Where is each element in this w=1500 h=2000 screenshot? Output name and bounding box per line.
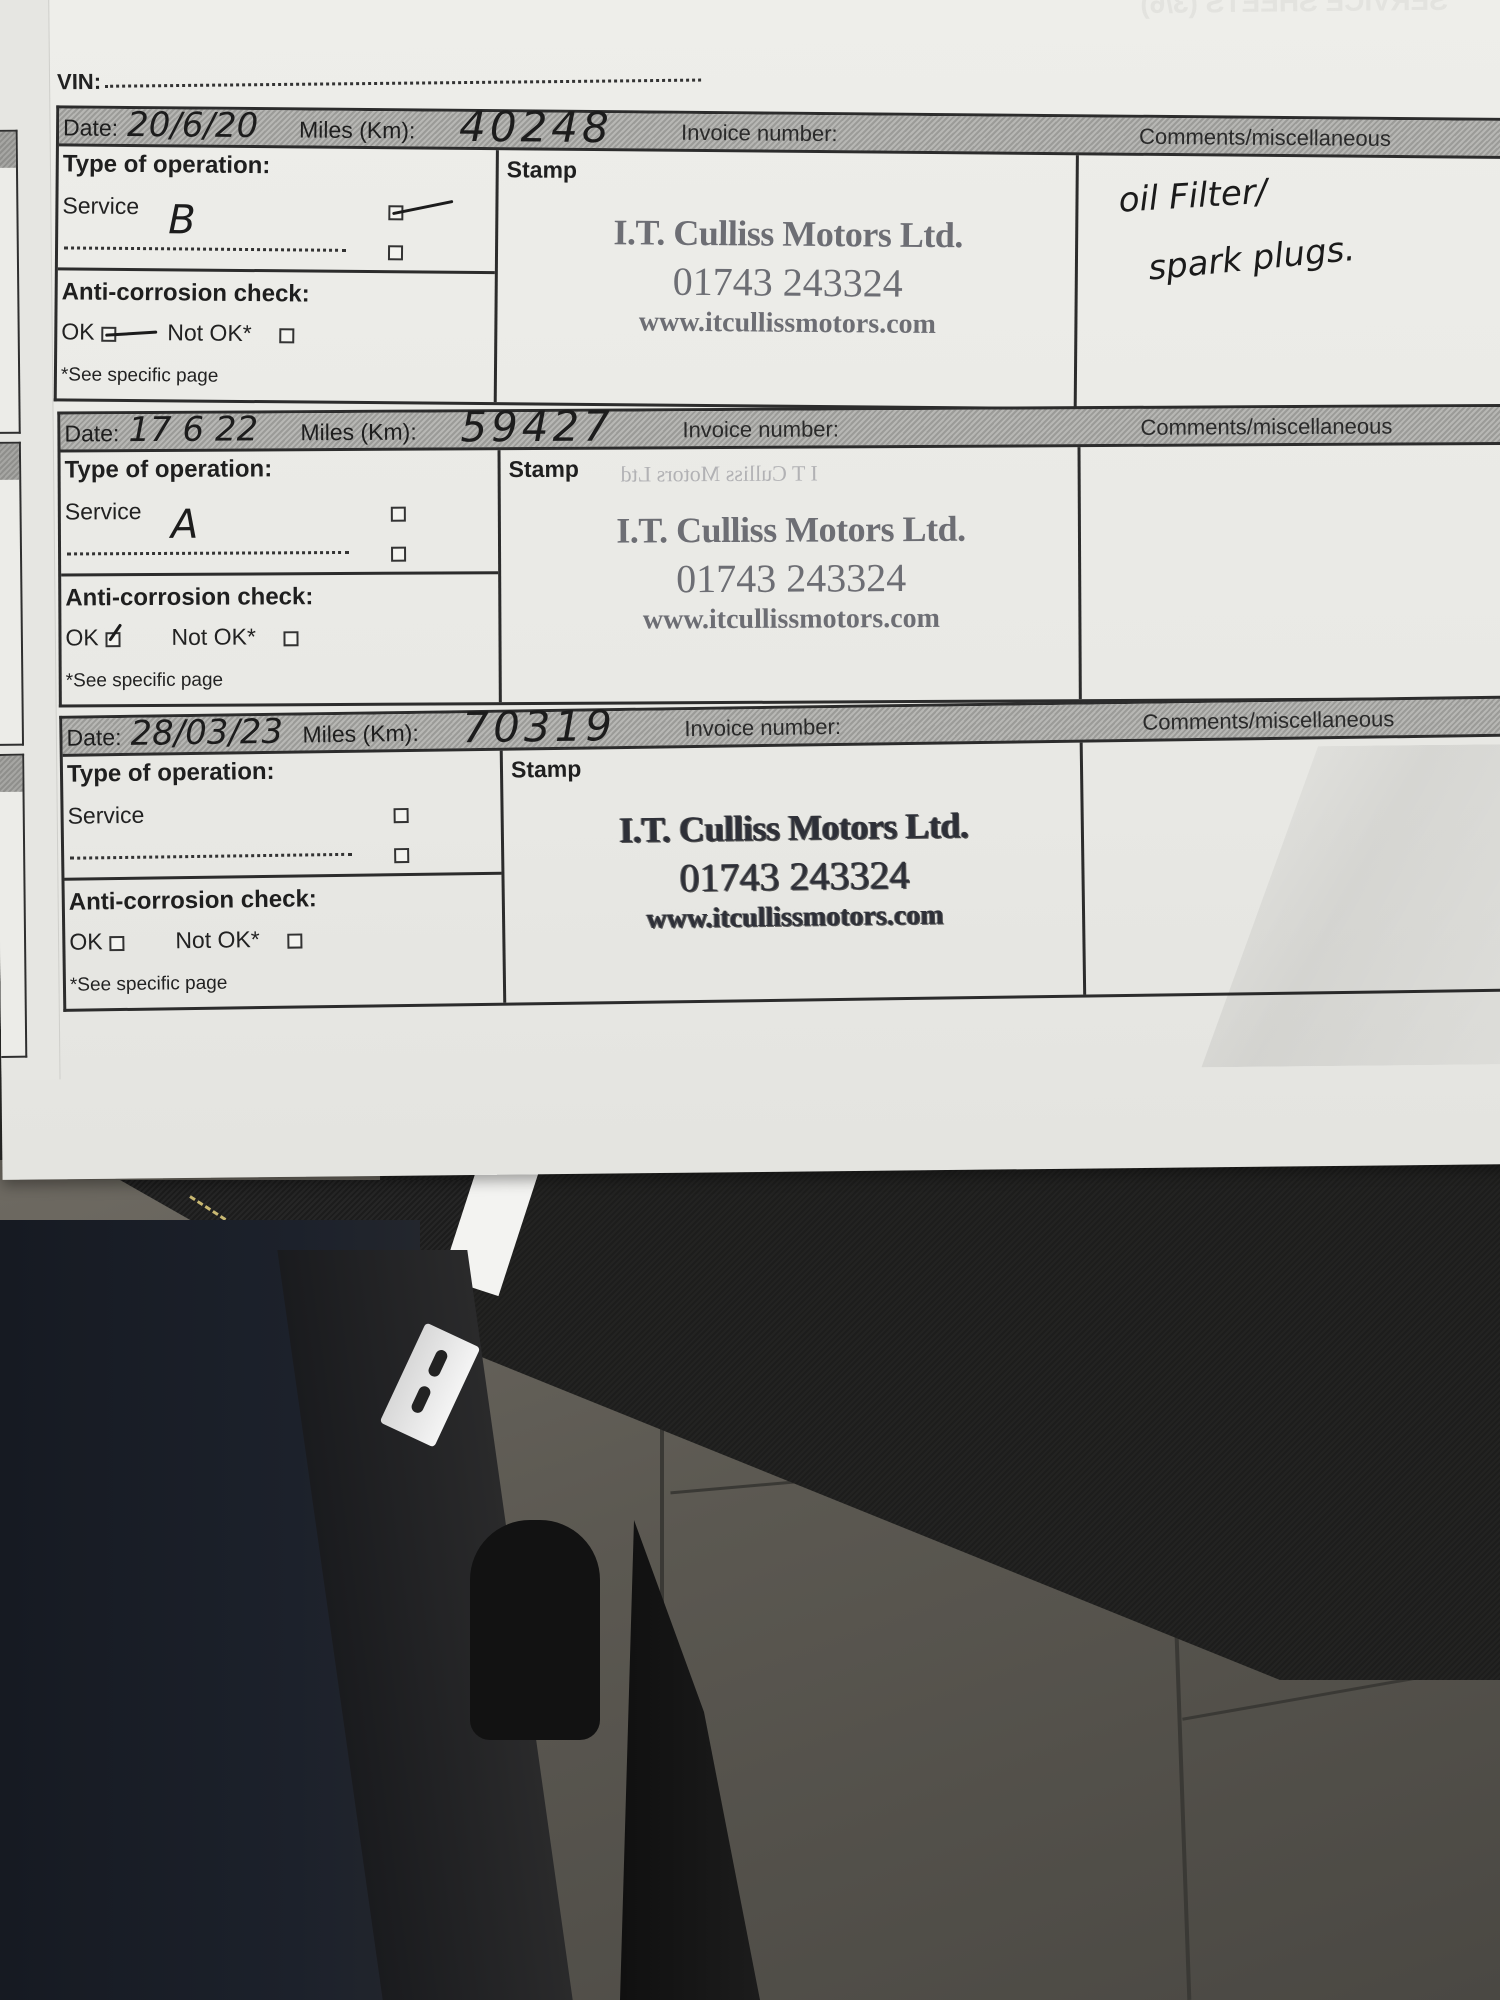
facing-page-record [0, 130, 21, 434]
date-value[interactable]: 17 6 22 [128, 409, 258, 450]
date-value[interactable]: 28/03/23 [130, 712, 283, 754]
type-of-operation-section: Type of operation: Service [63, 751, 502, 881]
dealer-website: www.itcullissmotors.com [565, 898, 1025, 936]
type-of-operation-label: Type of operation: [63, 150, 271, 180]
ok-label: OK [65, 624, 98, 651]
service-checkbox[interactable] [394, 808, 409, 823]
dealer-phone: 01743 243324 [561, 553, 1021, 602]
stamp-column: Stamp I T Culliss Motors Ltd I.T. Cullis… [501, 447, 1082, 702]
type-of-operation-section: Type of operation: Service B [58, 146, 496, 274]
dealer-website: www.itcullissmotors.com [561, 602, 1021, 636]
other-operation-checkbox[interactable] [394, 848, 409, 863]
invoice-label: Invoice number: [684, 714, 841, 742]
comments-column[interactable] [1081, 445, 1500, 699]
not-ok-label: Not OK* [171, 623, 256, 650]
stamp-column: Stamp I.T. Culliss Motors Ltd. 01743 243… [503, 743, 1086, 1003]
comments-column[interactable]: oil Filter/spark plugs. [1077, 155, 1500, 411]
date-label: Date: [64, 420, 119, 447]
operation-column: Type of operation: Service B Anti-corros… [57, 146, 499, 402]
facing-page-edge [0, 0, 61, 1080]
not-ok-checkbox[interactable] [287, 933, 302, 948]
vin-label: VIN: [57, 69, 101, 95]
stamp-column: Stamp I.T. Culliss Motors Ltd. 01743 243… [497, 150, 1079, 407]
comments-label: Comments/miscellaneous [1139, 124, 1391, 152]
comment-line: spark plugs. [1147, 229, 1357, 289]
dealer-stamp: I.T. Culliss Motors Ltd. 01743 243324 ww… [561, 507, 1022, 636]
operation-column: Type of operation: Service Anti-corrosio… [63, 751, 506, 1009]
type-of-operation-label: Type of operation: [67, 758, 275, 789]
service-type-value[interactable]: A [171, 502, 199, 548]
dealer-name: I.T. Culliss Motors Ltd. [561, 507, 1021, 551]
dealer-phone: 01743 243324 [564, 849, 1025, 902]
stamp-label: Stamp [509, 456, 579, 483]
comment-line: oil Filter/ [1117, 172, 1268, 221]
stamp-bleed-through: I T Culliss Motors Ltd [621, 461, 818, 488]
facing-page-record [0, 754, 27, 1058]
anti-corrosion-label: Anti-corrosion check: [62, 278, 310, 308]
date-label: Date: [63, 114, 118, 141]
service-checkbox[interactable] [391, 507, 406, 522]
anti-corrosion-label: Anti-corrosion check: [65, 583, 313, 612]
bleed-through-title: SERVICE SHEETS (3/6) [1140, 0, 1448, 20]
type-of-operation-section: Type of operation: Service A [61, 450, 499, 576]
date-value[interactable]: 20/6/20 [127, 105, 258, 146]
miles-label: Miles (Km): [300, 419, 416, 447]
comments-label: Comments/miscellaneous [1142, 706, 1394, 736]
service-booklet-page: SERVICE SHEETS (2/6) SERVICE SHEETS (3/6… [0, 0, 1500, 1180]
see-specific-page-note: *See specific page [66, 670, 224, 693]
miles-value[interactable]: 59427 [460, 402, 614, 452]
dealer-stamp: I.T. Culliss Motors Ltd. 01743 243324 ww… [564, 803, 1026, 936]
service-label: Service [62, 192, 139, 220]
operation-column: Type of operation: Service A Anti-corros… [61, 450, 502, 704]
other-operation-checkbox[interactable] [388, 245, 403, 260]
service-type-value[interactable]: B [168, 197, 196, 243]
ok-checkbox[interactable] [109, 936, 124, 951]
service-label: Service [65, 498, 142, 525]
dealer-phone: 01743 243324 [558, 257, 1018, 308]
dealer-name: I.T. Culliss Motors Ltd. [558, 211, 1018, 257]
vin-field[interactable] [105, 79, 701, 88]
miles-value[interactable]: 40248 [459, 102, 613, 152]
comments-label: Comments/miscellaneous [1140, 414, 1392, 441]
type-of-operation-label: Type of operation: [65, 455, 273, 484]
not-ok-label: Not OK* [167, 319, 252, 347]
not-ok-checkbox[interactable] [279, 328, 294, 343]
anti-corrosion-label: Anti-corrosion check: [69, 885, 317, 916]
invoice-label: Invoice number: [682, 416, 839, 443]
other-operation-checkbox[interactable] [391, 547, 406, 562]
see-specific-page-note: *See specific page [61, 364, 219, 387]
ok-label: OK [61, 318, 94, 345]
seat-lever [470, 1520, 600, 1740]
miles-label: Miles (Km): [299, 116, 416, 144]
facing-page-record [0, 442, 24, 746]
not-ok-checkbox[interactable] [283, 631, 298, 646]
service-record: Date: 17 6 22 Miles (Km): 59427 Invoice … [57, 404, 1500, 708]
dealer-stamp: I.T. Culliss Motors Ltd. 01743 243324 ww… [557, 211, 1018, 342]
stamp-label: Stamp [511, 756, 582, 784]
date-label: Date: [66, 724, 121, 752]
miles-value[interactable]: 70319 [462, 701, 616, 752]
miles-label: Miles (Km): [302, 720, 419, 749]
other-operation-field[interactable] [64, 246, 346, 251]
not-ok-label: Not OK* [175, 926, 260, 954]
stamp-label: Stamp [507, 156, 578, 184]
service-record: Date: 20/6/20 Miles (Km): 40248 Invoice … [54, 105, 1500, 414]
dealer-website: www.itcullissmotors.com [557, 306, 1017, 342]
ok-label: OK [69, 928, 103, 955]
other-operation-field[interactable] [67, 551, 349, 555]
invoice-label: Invoice number: [681, 120, 838, 147]
see-specific-page-note: *See specific page [70, 973, 228, 997]
service-label: Service [67, 802, 144, 830]
dealer-name: I.T. Culliss Motors Ltd. [564, 803, 1025, 851]
other-operation-field[interactable] [70, 853, 352, 860]
